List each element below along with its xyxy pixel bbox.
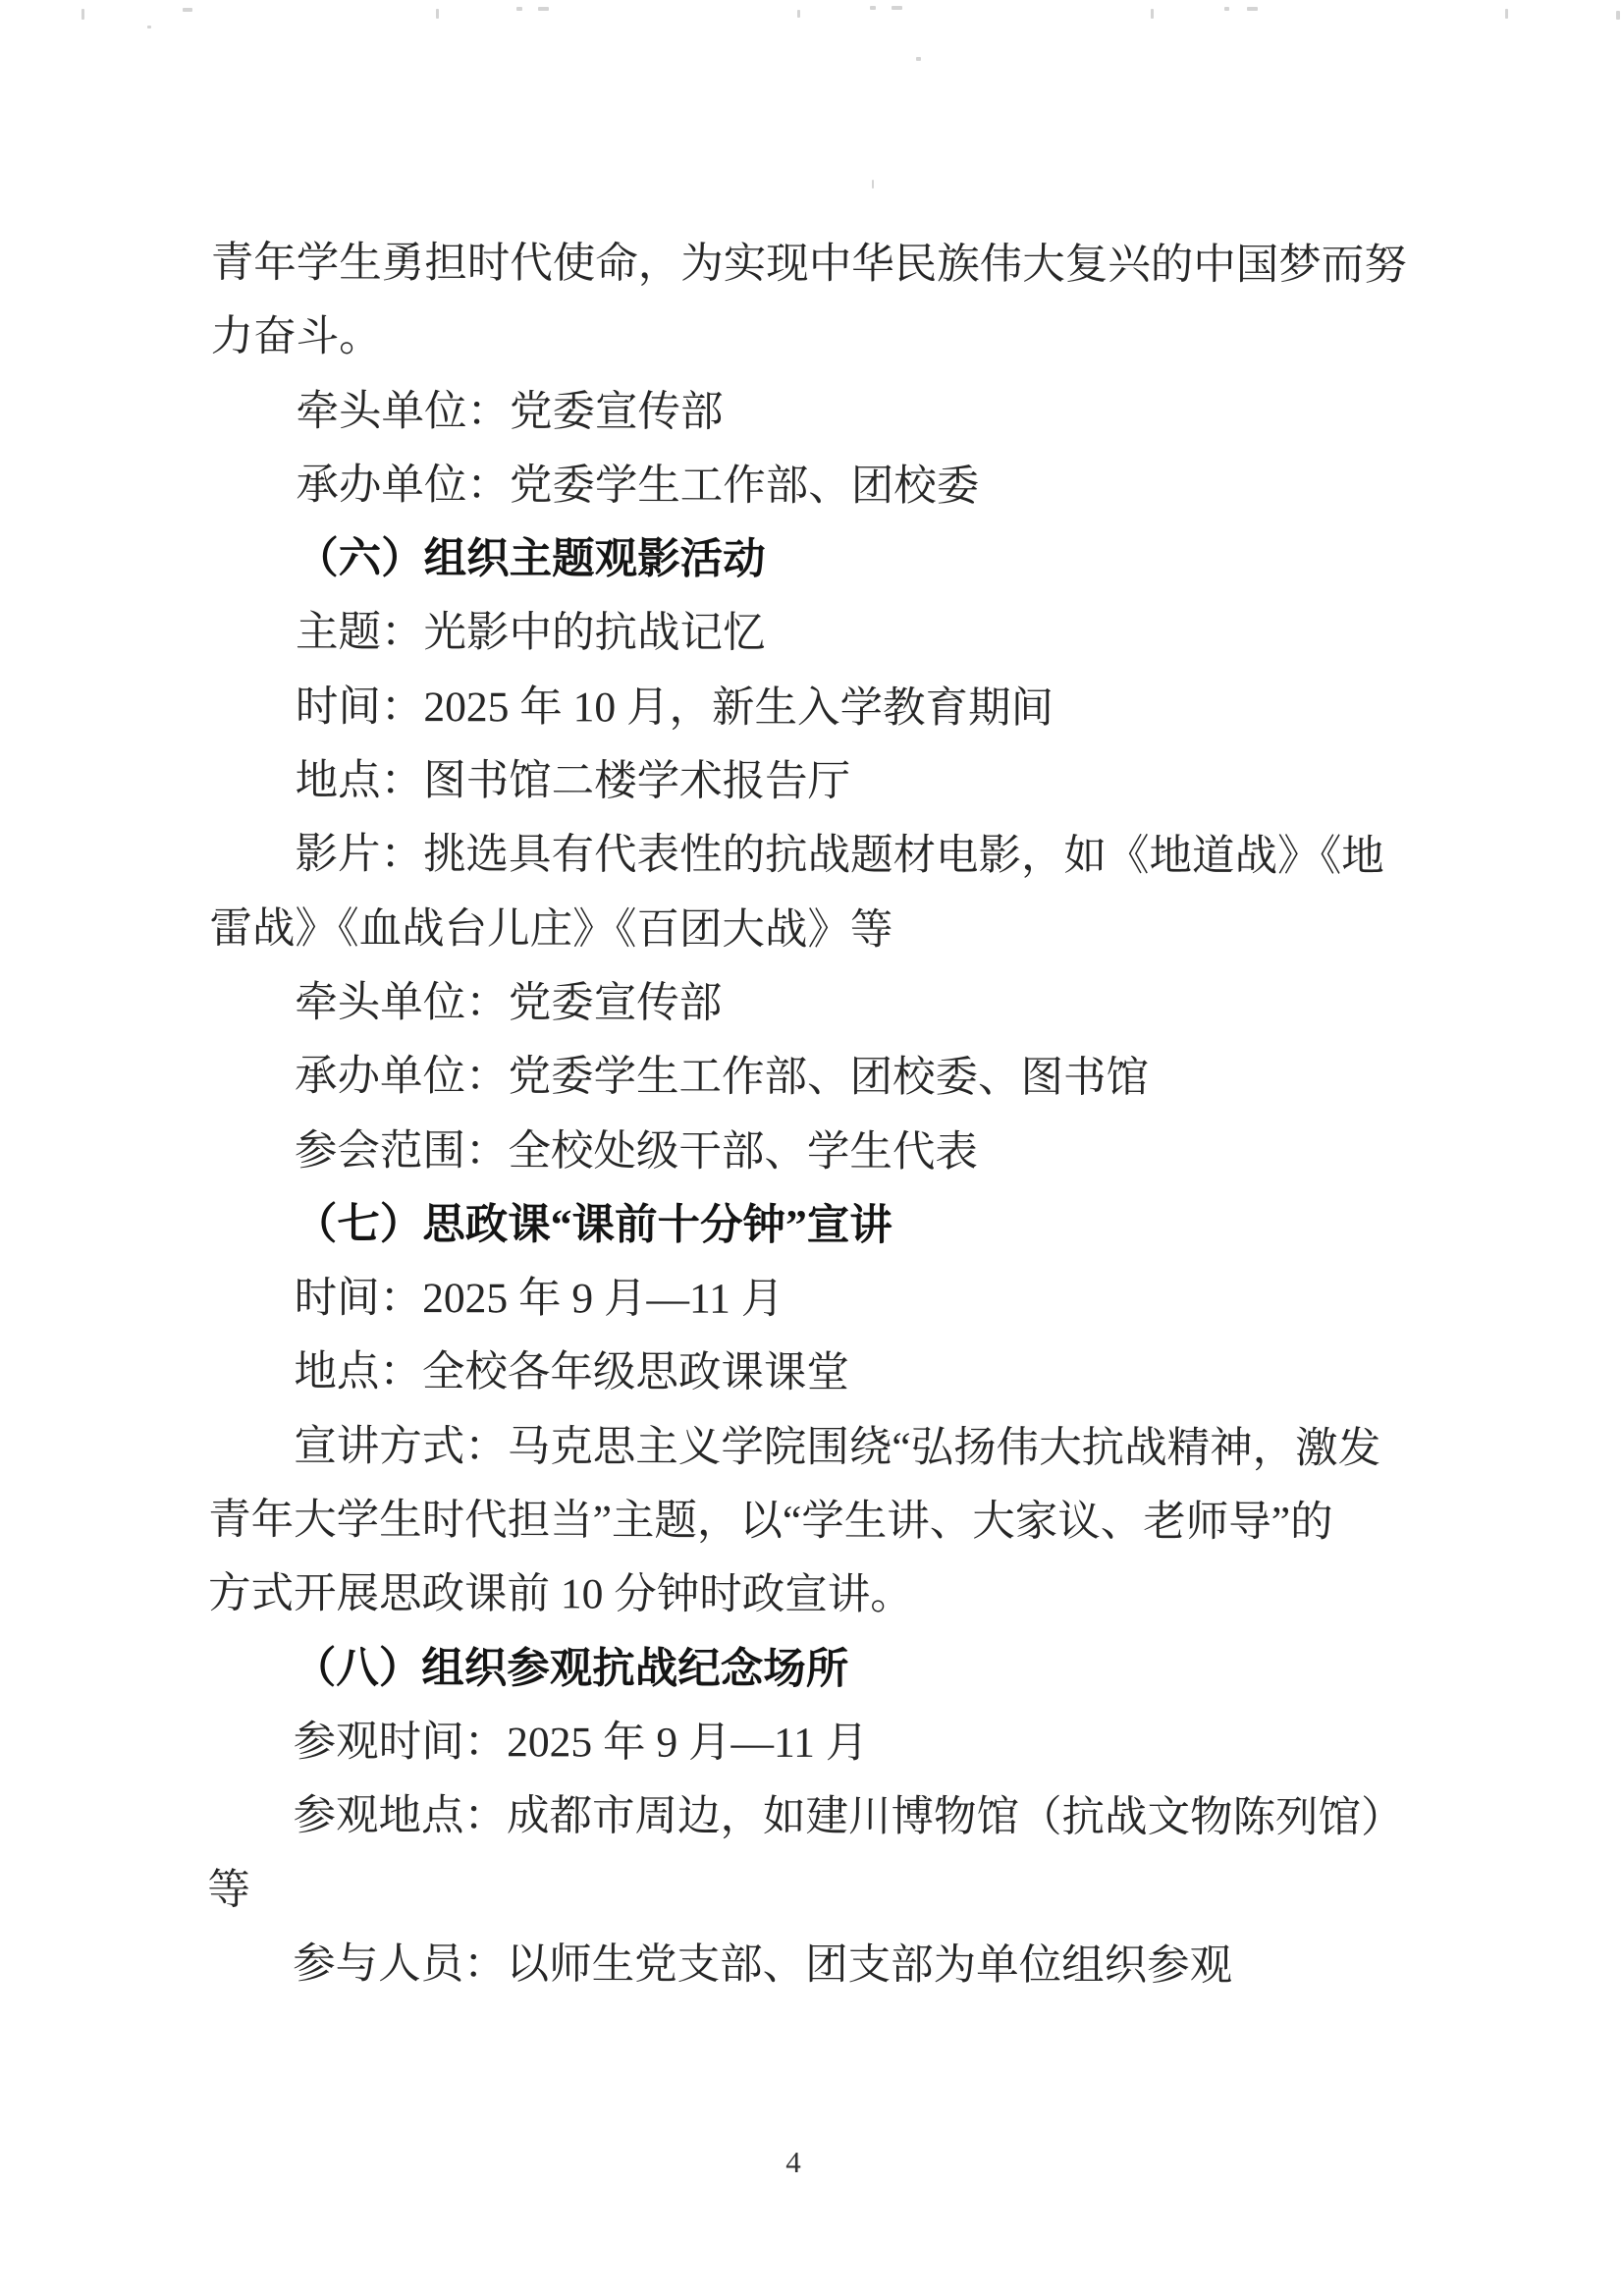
scan-artifact <box>1616 11 1620 20</box>
doc-line: 参观地点：成都市周边，如建川博物馆（抗战文物陈列馆） <box>207 1779 1474 1856</box>
scan-artifact <box>147 26 151 28</box>
scan-artifact <box>1224 7 1229 11</box>
scan-artifact <box>1505 9 1508 19</box>
doc-line: 参会范围：全校处级干部、学生代表 <box>209 1114 1476 1190</box>
section-heading: （七）思政课“课前十分钟”宣讲 <box>209 1188 1476 1265</box>
doc-line: 方式开展思政课前 10 分钟时政宣讲。 <box>208 1558 1475 1634</box>
doc-line: 牵头单位：党委宣传部 <box>209 966 1476 1043</box>
scan-artifact <box>81 9 84 20</box>
doc-line: 时间：2025 年 9 月—11 月 <box>209 1262 1476 1339</box>
scan-artifact <box>436 9 439 19</box>
doc-line: 雷战》《血战台儿庄》《百团大战》等 <box>209 892 1476 968</box>
scan-artifact <box>916 57 921 61</box>
scan-artifact <box>516 7 522 11</box>
page-number: 4 <box>785 2145 801 2179</box>
doc-line: 参与人员：以师生党支部、团支部为单位组织参观 <box>207 1927 1474 2003</box>
doc-line: 青年大学生时代担当”主题，以“学生讲、大家议、老师导”的 <box>208 1484 1475 1560</box>
scan-artifact <box>870 6 876 10</box>
doc-line: 地点：图书馆二楼学术报告厅 <box>210 744 1477 821</box>
document-page: 青年学生勇担时代使命，为实现中华民族伟大复兴的中国梦而努 力奋斗。 牵头单位：党… <box>0 0 1622 2296</box>
scan-artifact <box>1151 9 1154 19</box>
scan-artifact <box>872 180 874 189</box>
doc-line: 影片：挑选具有代表性的抗战题材电影，如《地道战》《地 <box>209 818 1476 895</box>
scan-artifact <box>538 7 549 11</box>
doc-line: 承办单位：党委学生工作部、团校委、图书馆 <box>209 1040 1476 1117</box>
scan-artifact <box>1247 7 1258 11</box>
doc-line: 承办单位：党委学生工作部、团校委 <box>210 449 1477 525</box>
doc-line: 青年学生勇担时代使命，为实现中华民族伟大复兴的中国梦而努 <box>211 227 1478 303</box>
page-footer: 4 <box>0 2143 1587 2182</box>
doc-line: 力奋斗。 <box>211 301 1478 377</box>
doc-line: 时间：2025 年 10 月，新生入学教育期间 <box>210 670 1477 746</box>
doc-line: 主题：光影中的抗战记忆 <box>210 596 1477 673</box>
section-heading: （六）组织主题观影活动 <box>210 522 1477 599</box>
doc-line: 参观时间：2025 年 9 月—11 月 <box>208 1706 1475 1782</box>
doc-line: 等 <box>207 1853 1474 1930</box>
scan-artifact <box>797 10 800 18</box>
section-heading: （八）组织参观抗战纪念场所 <box>208 1631 1475 1708</box>
doc-line: 宣讲方式：马克思主义学院围绕“弘扬伟大抗战精神，激发 <box>208 1409 1475 1486</box>
doc-line: 牵头单位：党委宣传部 <box>210 374 1477 451</box>
scan-artifact <box>892 6 902 10</box>
document-body: 青年学生勇担时代使命，为实现中华民族伟大复兴的中国梦而努 力奋斗。 牵头单位：党… <box>207 227 1478 2004</box>
scan-artifact <box>183 8 192 12</box>
doc-line: 地点：全校各年级思政课课堂 <box>208 1336 1475 1412</box>
